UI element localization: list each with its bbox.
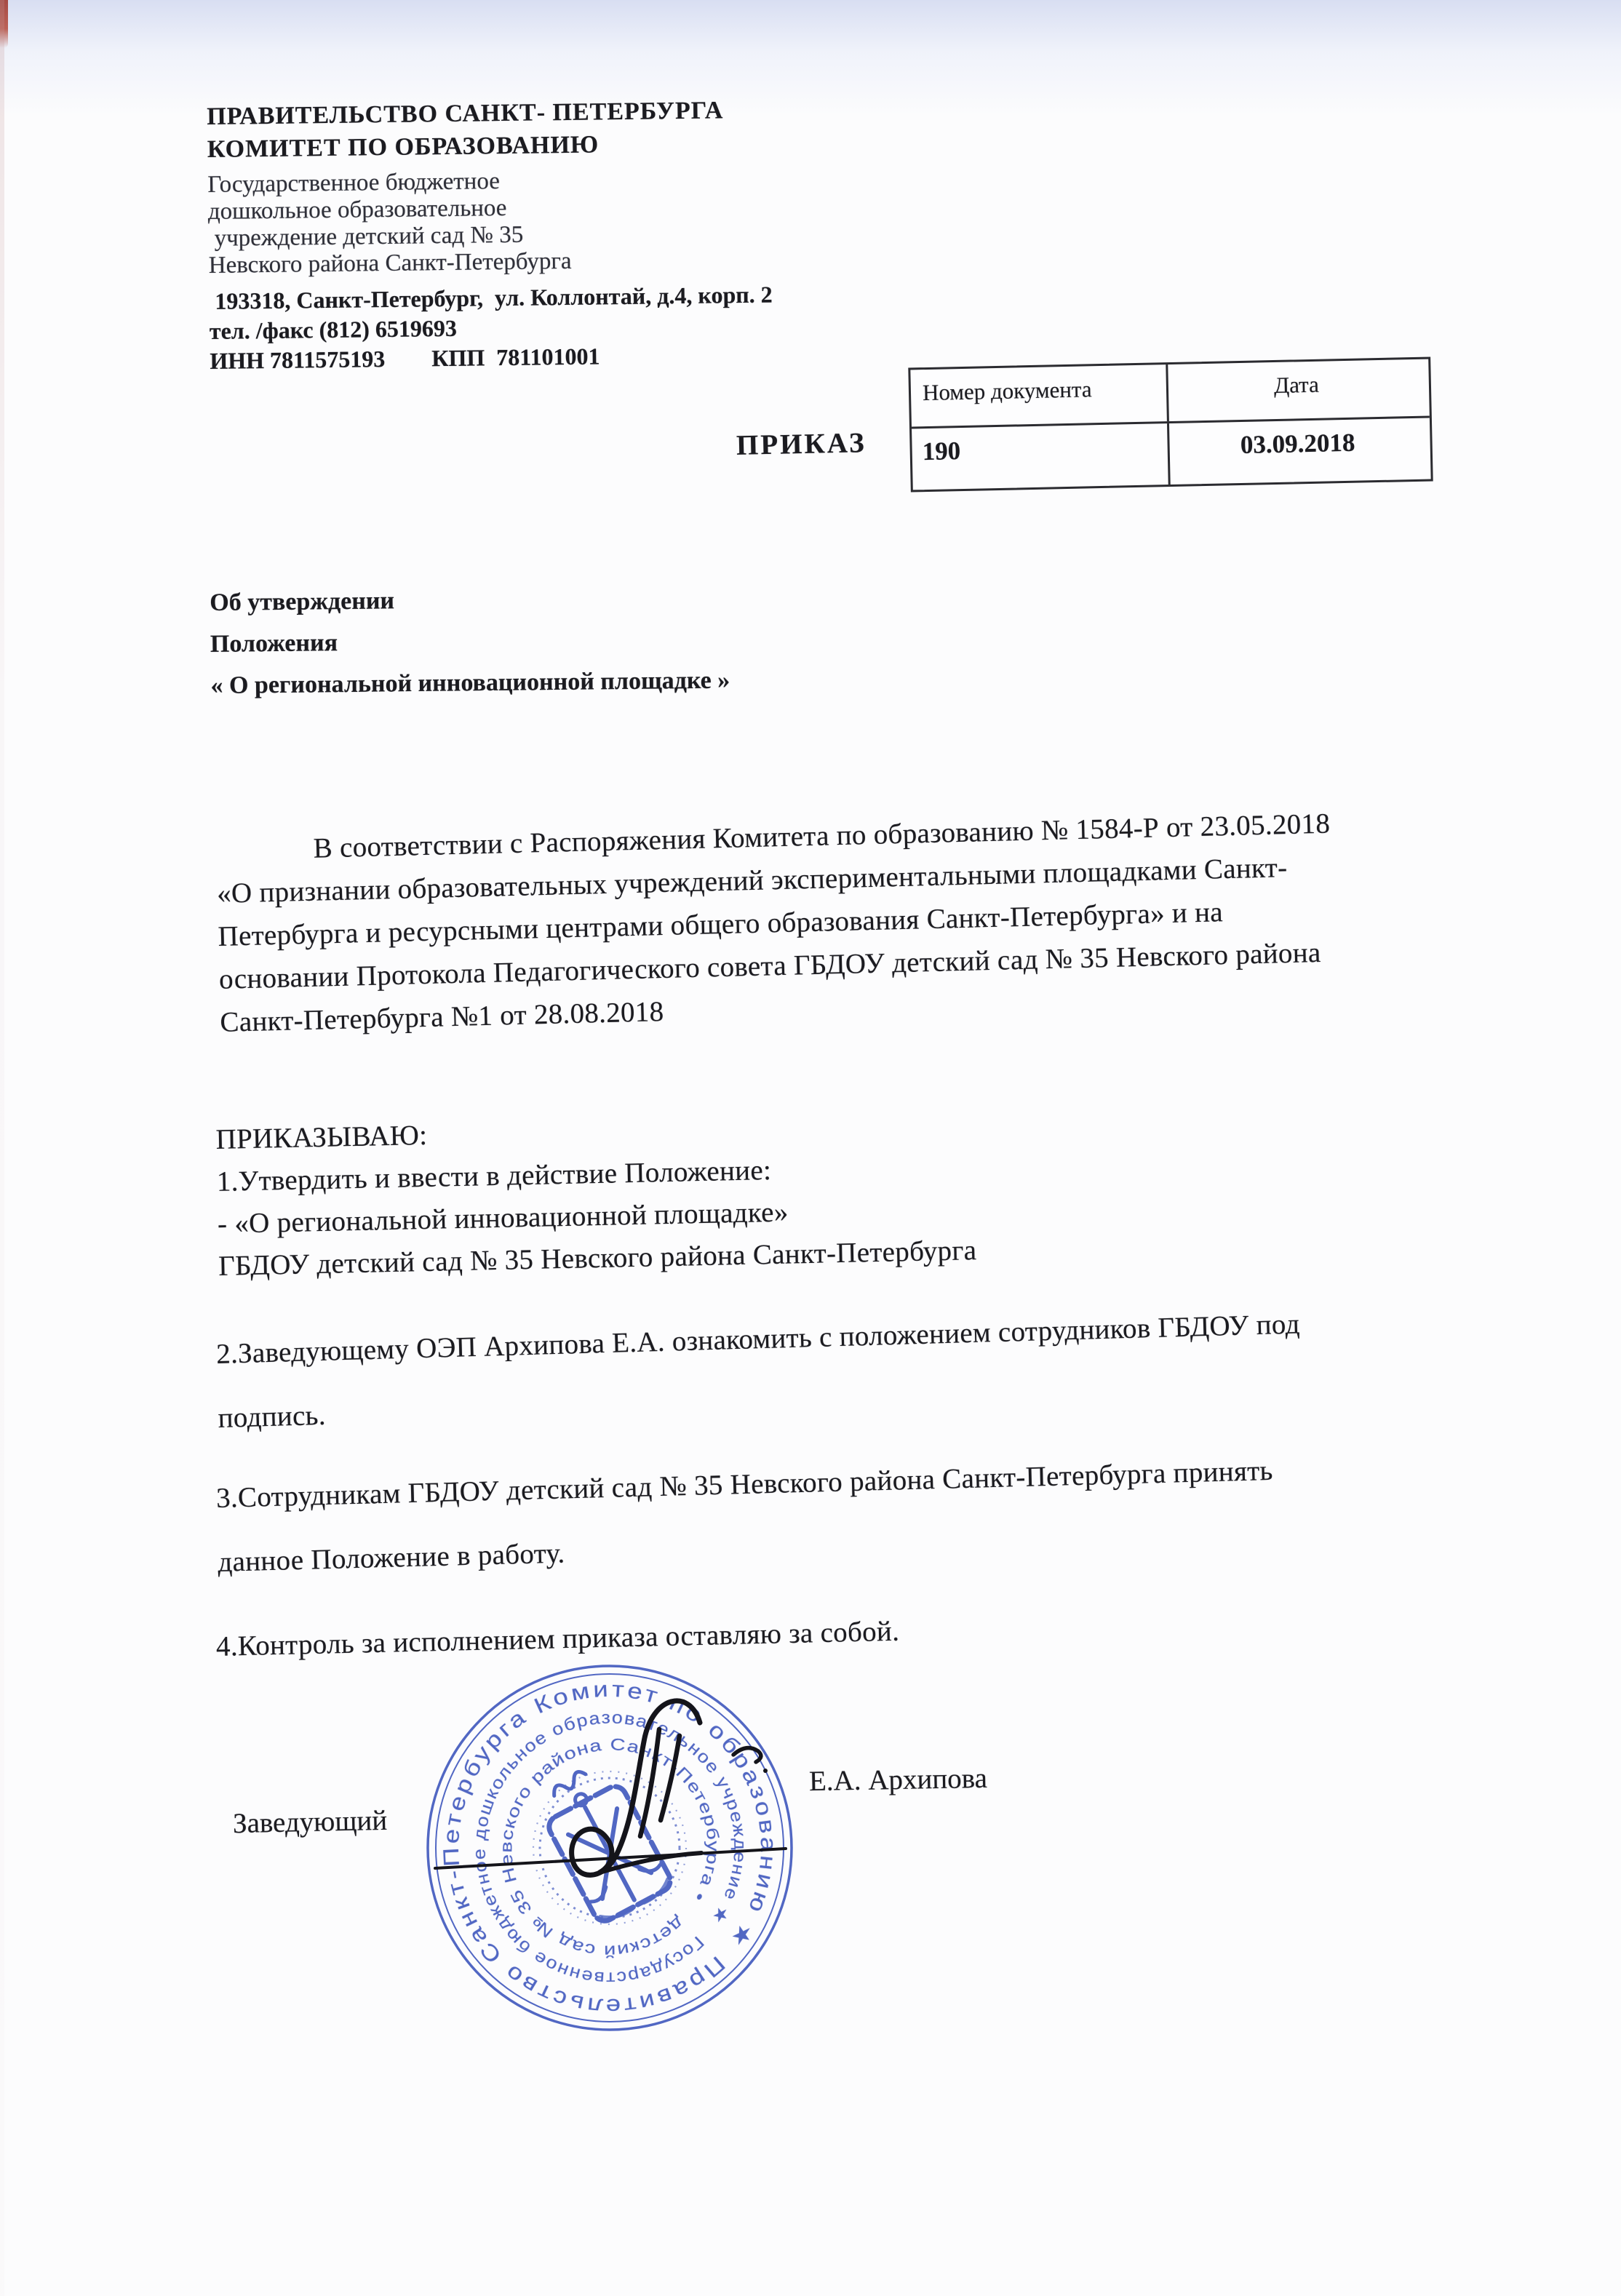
decree-item-2: 2.Заведующему ОЭП Архипова Е.А. ознакоми… xyxy=(215,1292,1302,1451)
signer-role: Заведующий xyxy=(233,1804,388,1840)
stamp-micro-text-ring-2 xyxy=(533,1771,686,1924)
doc-number-value-cell: 190 xyxy=(912,423,1171,490)
doc-number-header-cell: Номер документа xyxy=(910,364,1169,426)
signature-stroke xyxy=(640,1729,659,1836)
date-header-cell: Дата xyxy=(1168,359,1425,421)
scan-top-shadow xyxy=(0,0,1621,116)
preamble-paragraph: В соответствии с Распоряжения Комитета п… xyxy=(215,802,1335,1044)
signature-stroke xyxy=(661,1736,680,1820)
institution-name: Государственное бюджетное дошкольное обр… xyxy=(207,165,772,279)
committee-name: КОМИТЕТ ПО ОБРАЗОВАНИЮ xyxy=(207,127,771,166)
stamp-inner-circle xyxy=(436,1674,784,2022)
signature-line xyxy=(435,1849,786,1868)
letterhead: ПРАВИТЕЛЬСТВО САНКТ- ПЕТЕРБУРГА КОМИТЕТ … xyxy=(207,94,773,376)
stamp-emblem xyxy=(531,1757,675,1927)
round-stamp: Правительство Санкт-Петербурга Комитет п… xyxy=(428,1666,792,2030)
signer-name: Е.А. Архипова xyxy=(809,1762,988,1798)
date-value-cell: 03.09.2018 xyxy=(1169,418,1427,485)
decree-item-3: 3.Сотрудникам ГБДОУ детский сад № 35 Нев… xyxy=(215,1439,1275,1595)
stamp-ring2-text: Государственное бюджетное дошкольное обр… xyxy=(469,1707,749,1988)
subject-block: Об утверждении Положения « О регионально… xyxy=(210,577,730,706)
scan-left-edge-artifact xyxy=(0,0,4,2296)
doc-number-date-table: Номер документа Дата 190 03.09.2018 xyxy=(908,357,1433,493)
subject-line: Об утверждении xyxy=(210,577,729,623)
table-header-row: Номер документа Дата xyxy=(910,359,1430,429)
signature-stroke xyxy=(600,1853,701,1873)
handwritten-signature xyxy=(435,1701,786,1875)
stamp-ring3-text: детский сад № 35 Невского района Санкт-П… xyxy=(497,1735,722,1961)
signature-stroke xyxy=(572,1701,700,1875)
decree-item-4: 4.Контроль за исполнением приказа оставл… xyxy=(215,1600,900,1679)
table-value-row: 190 03.09.2018 xyxy=(912,418,1431,490)
stamp-outer-circle xyxy=(428,1666,792,2030)
stamp-ring1-text: Правительство Санкт-Петербурга Комитет п… xyxy=(439,1678,781,2019)
government-name: ПРАВИТЕЛЬСТВО САНКТ- ПЕТЕРБУРГА xyxy=(207,94,770,133)
subject-line: « О региональной инновационной площадке … xyxy=(210,660,730,706)
contact-info: 193318, Санкт-Петербург, ул. Коллонтай, … xyxy=(209,280,773,376)
signature-g-mark xyxy=(733,1748,761,1762)
doc-type-label: ПРИКАЗ xyxy=(736,426,867,462)
scanned-order-document: ПРАВИТЕЛЬСТВО САНКТ- ПЕТЕРБУРГА КОМИТЕТ … xyxy=(0,0,1621,2296)
decree-item-4-line: 4.Контроль за исполнением приказа оставл… xyxy=(215,1600,900,1679)
decree-block: ПРИКАЗЫВАЮ: 1.Утвердить и ввести в дейст… xyxy=(215,1103,977,1288)
subject-line: Положения xyxy=(210,618,730,665)
signature-dot xyxy=(763,1769,768,1773)
stamp-micro-text-ring xyxy=(540,1778,680,1918)
inn-kpp-line: ИНН 7811575193 КПП 781101001 xyxy=(210,340,773,376)
